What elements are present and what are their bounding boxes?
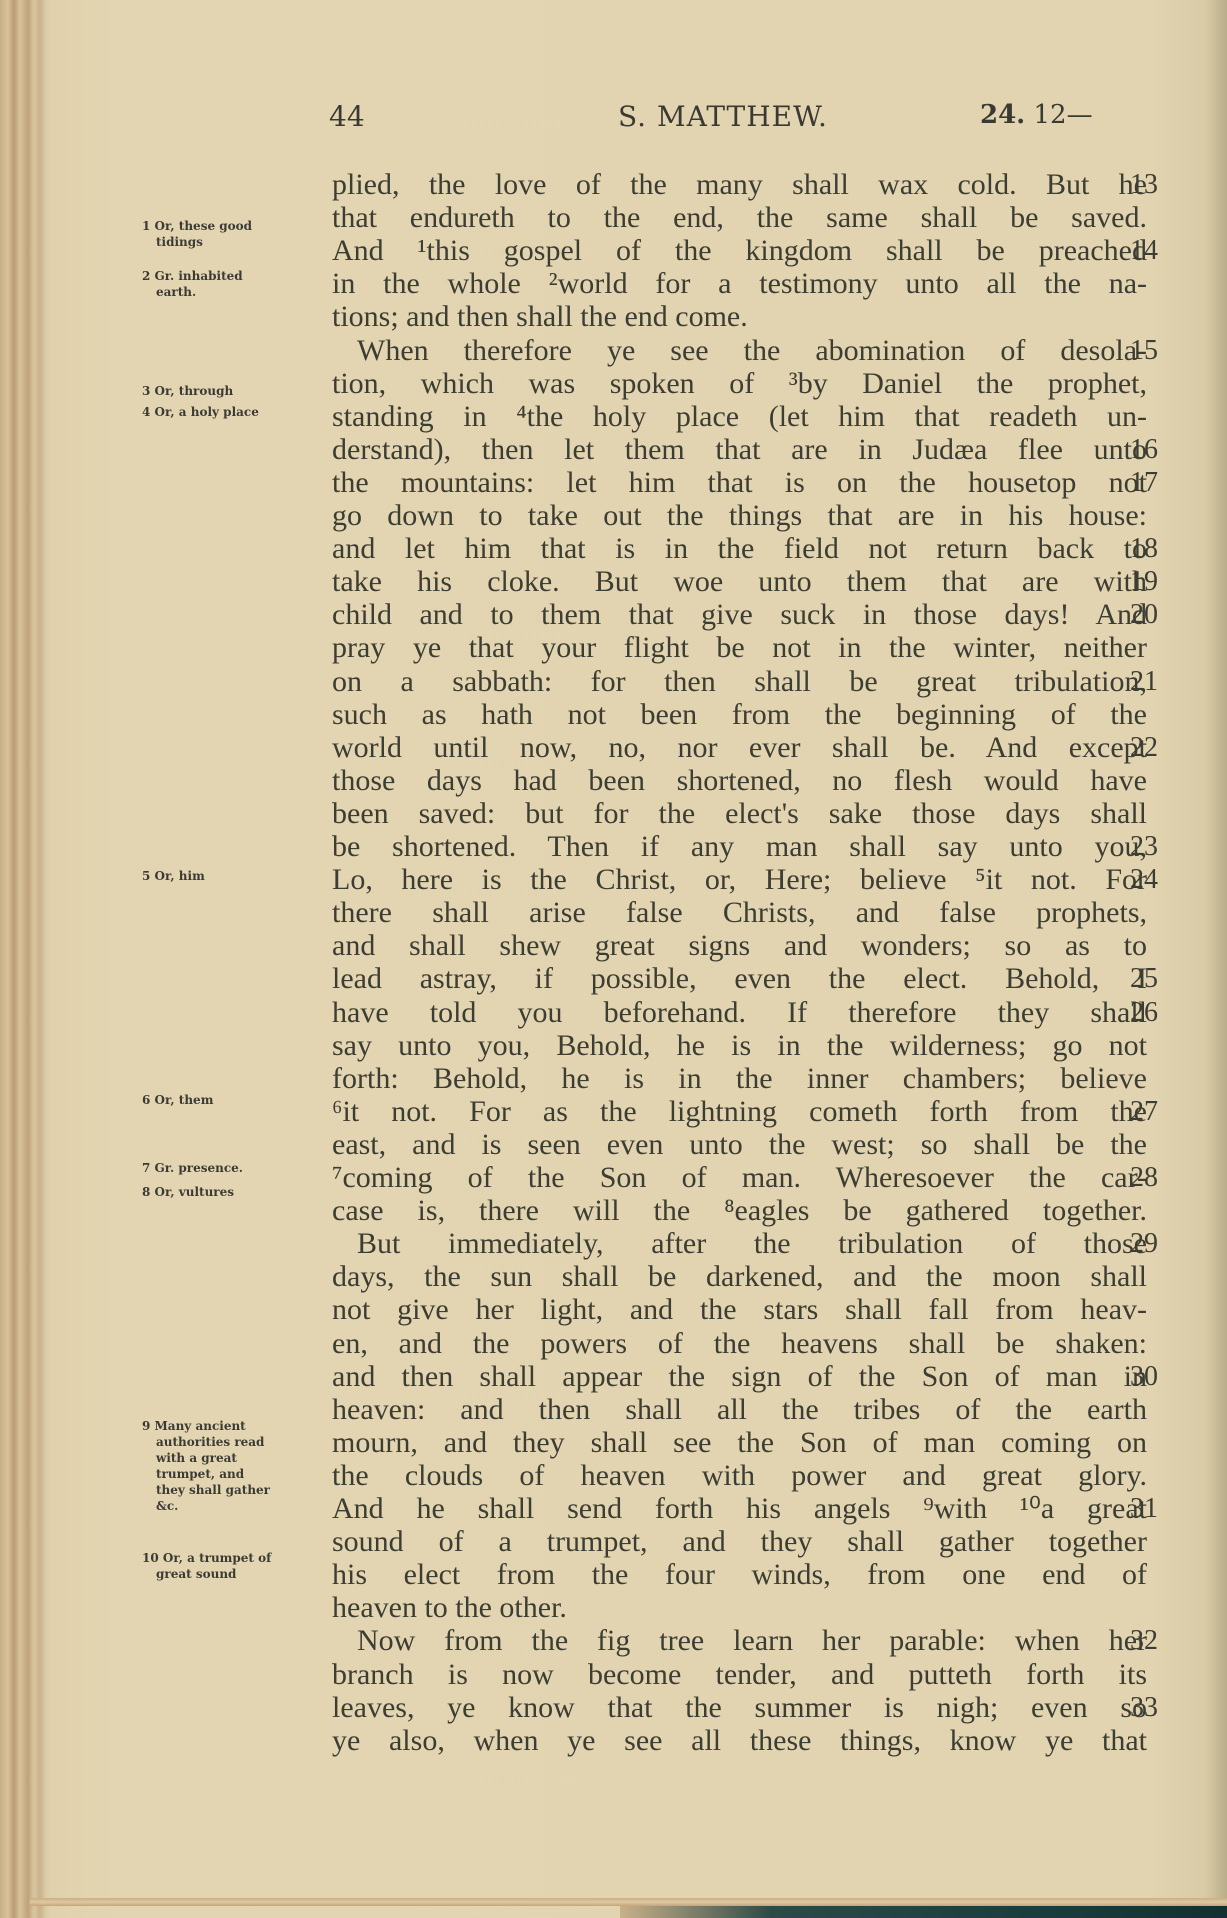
margin-note-1: 1 Or, these goodtidings	[142, 218, 322, 250]
text-line: sound of a trumpet, and they shall gathe…	[332, 1525, 1147, 1559]
text-line: his elect from the four winds, from one …	[332, 1558, 1147, 1592]
text-line: east, and is seen even unto the west; so…	[332, 1128, 1147, 1162]
text-line: go down to take out the things that are …	[332, 499, 1147, 533]
chapter-number: 24.	[980, 100, 1025, 130]
text-line: days, the sun shall be darkened, and the…	[332, 1260, 1147, 1294]
verse-number: 25	[1118, 962, 1158, 996]
text-line: world until now, no, nor ever shall be. …	[332, 731, 1147, 765]
chapter-verse-reference: 24. 12—	[980, 100, 1093, 130]
verse-number: 28	[1118, 1161, 1158, 1195]
text-line: And ¹this gospel of the kingdom shall be…	[332, 234, 1147, 268]
margin-note-10: 10 Or, a trumpet ofgreat sound	[142, 1550, 322, 1582]
margin-note-line: 10 Or, a trumpet of	[142, 1550, 322, 1566]
margin-note-line: 6 Or, them	[142, 1092, 322, 1108]
text-line: tion, which was spoken of ³by Daniel the…	[332, 367, 1147, 401]
text-line: and then shall appear the sign of the So…	[332, 1360, 1147, 1394]
margin-note-line: 8 Or, vultures	[142, 1184, 322, 1200]
text-line: leaves, ye know that the summer is nigh;…	[332, 1691, 1147, 1725]
text-line: and shall shew great signs and wonders; …	[332, 929, 1147, 963]
margin-note-line: 3 Or, through	[142, 383, 322, 399]
verse-number: 16	[1118, 433, 1158, 467]
text-line: ⁷coming of the Son of man. Wheresoever t…	[332, 1161, 1147, 1195]
page-bottom-edge	[30, 1898, 1227, 1906]
margin-note-4: 4 Or, a holy place	[142, 404, 322, 420]
margin-note-7: 7 Gr. presence.	[142, 1160, 322, 1176]
verse-number: 23	[1118, 830, 1158, 864]
text-line: that endureth to the end, the same shall…	[332, 201, 1147, 235]
text-line: But immediately, after the tribulation o…	[357, 1227, 1147, 1261]
verse-number: 24	[1118, 863, 1158, 897]
text-line: take his cloke. But woe unto them that a…	[332, 565, 1147, 599]
verse-start: 12—	[1034, 100, 1093, 130]
text-line: say unto you, Behold, he is in the wilde…	[332, 1029, 1147, 1063]
text-line: child and to them that give suck in thos…	[332, 598, 1147, 632]
text-line: there shall arise false Christs, and fal…	[332, 896, 1147, 930]
text-line: heaven to the other.	[332, 1591, 1147, 1625]
margin-note-line: &c.	[142, 1498, 322, 1514]
margin-note-line: great sound	[142, 1566, 322, 1582]
margin-note-8: 8 Or, vultures	[142, 1184, 322, 1200]
running-header: 44 S. MATTHEW. 24. 12—	[0, 100, 1227, 140]
margin-note-line: 5 Or, him	[142, 868, 322, 884]
text-line: on a sabbath: for then shall be great tr…	[332, 665, 1147, 699]
margin-note-line: 4 Or, a holy place	[142, 404, 322, 420]
text-line: branch is now become tender, and putteth…	[332, 1658, 1147, 1692]
text-line: Now from the fig tree learn her parable:…	[357, 1624, 1147, 1658]
text-line: heaven: and then shall all the tribes of…	[332, 1393, 1147, 1427]
text-line: case is, there will the ⁸eagles be gathe…	[332, 1194, 1147, 1228]
margin-note-line: trumpet, and	[142, 1466, 322, 1482]
margin-note-line: 9 Many ancient	[142, 1418, 322, 1434]
verse-number: 26	[1118, 996, 1158, 1030]
text-line: pray ye that your flight be not in the w…	[332, 631, 1147, 665]
text-line: such as hath not been from the beginning…	[332, 698, 1147, 732]
text-line: en, and the powers of the heavens shall …	[332, 1327, 1147, 1361]
margin-note-line: with a great	[142, 1450, 322, 1466]
text-line: When therefore ye see the abomination of…	[357, 334, 1147, 368]
text-line: mourn, and they shall see the Son of man…	[332, 1426, 1147, 1460]
margin-note-line: 7 Gr. presence.	[142, 1160, 322, 1176]
verse-number: 33	[1118, 1691, 1158, 1725]
margin-note-3: 3 Or, through	[142, 383, 322, 399]
text-line: the mountains: let him that is on the ho…	[332, 466, 1147, 500]
book-cover-cloth	[620, 1906, 1227, 1918]
text-line: tions; and then shall the end come.	[332, 300, 1147, 334]
margin-note-line: they shall gather	[142, 1482, 322, 1498]
margin-note-9: 9 Many ancientauthorities readwith a gre…	[142, 1418, 322, 1514]
text-line: plied, the love of the many shall wax co…	[332, 168, 1147, 202]
book-page: 44 S. MATTHEW. 24. 12— plied, the love o…	[0, 0, 1227, 1918]
text-line: have told you beforehand. If therefore t…	[332, 996, 1147, 1030]
page-number: 44	[329, 100, 365, 133]
text-line: those days had been shortened, no flesh …	[332, 764, 1147, 798]
text-line: ye also, when ye see all these things, k…	[332, 1724, 1147, 1758]
text-line: lead astray, if possible, even the elect…	[332, 962, 1147, 996]
margin-note-line: earth.	[142, 284, 322, 300]
verse-number: 27	[1118, 1095, 1158, 1129]
verse-number: 19	[1118, 565, 1158, 599]
text-line: derstand), then let them that are in Jud…	[332, 433, 1147, 467]
verse-number: 32	[1118, 1624, 1158, 1658]
running-title: S. MATTHEW.	[618, 100, 828, 133]
text-line: forth: Behold, he is in the inner chambe…	[332, 1062, 1147, 1096]
text-line: ⁶it not. For as the lightning cometh for…	[332, 1095, 1147, 1129]
margin-note-line: 1 Or, these good	[142, 218, 322, 234]
margin-note-line: tidings	[142, 234, 322, 250]
margin-note-5: 5 Or, him	[142, 868, 322, 884]
text-line: in the whole ²world for a testimony unto…	[332, 267, 1147, 301]
margin-note-2: 2 Gr. inhabitedearth.	[142, 268, 322, 300]
verse-number: 14	[1118, 234, 1158, 268]
verse-number: 20	[1118, 598, 1158, 632]
verse-number: 17	[1118, 466, 1158, 500]
text-line: Lo, here is the Christ, or, Here; believ…	[332, 863, 1147, 897]
verse-number: 31	[1118, 1492, 1158, 1526]
verse-number: 21	[1118, 665, 1158, 699]
verse-number: 22	[1118, 731, 1158, 765]
verse-number: 29	[1118, 1227, 1158, 1261]
verse-number: 18	[1118, 532, 1158, 566]
margin-note-6: 6 Or, them	[142, 1092, 322, 1108]
text-line: the clouds of heaven with power and grea…	[332, 1459, 1147, 1493]
margin-note-line: authorities read	[142, 1434, 322, 1450]
margin-note-line: 2 Gr. inhabited	[142, 268, 322, 284]
text-line: be shortened. Then if any man shall say …	[332, 830, 1147, 864]
text-line: not give her light, and the stars shall …	[332, 1293, 1147, 1327]
text-line: and let him that is in the field not ret…	[332, 532, 1147, 566]
verse-number: 13	[1118, 168, 1158, 202]
text-line: been saved: but for the elect's sake tho…	[332, 797, 1147, 831]
verse-number: 30	[1118, 1360, 1158, 1394]
text-line: standing in ⁴the holy place (let him tha…	[332, 400, 1147, 434]
verse-number: 15	[1118, 334, 1158, 368]
text-line: And he shall send forth his angels ⁹with…	[332, 1492, 1147, 1526]
